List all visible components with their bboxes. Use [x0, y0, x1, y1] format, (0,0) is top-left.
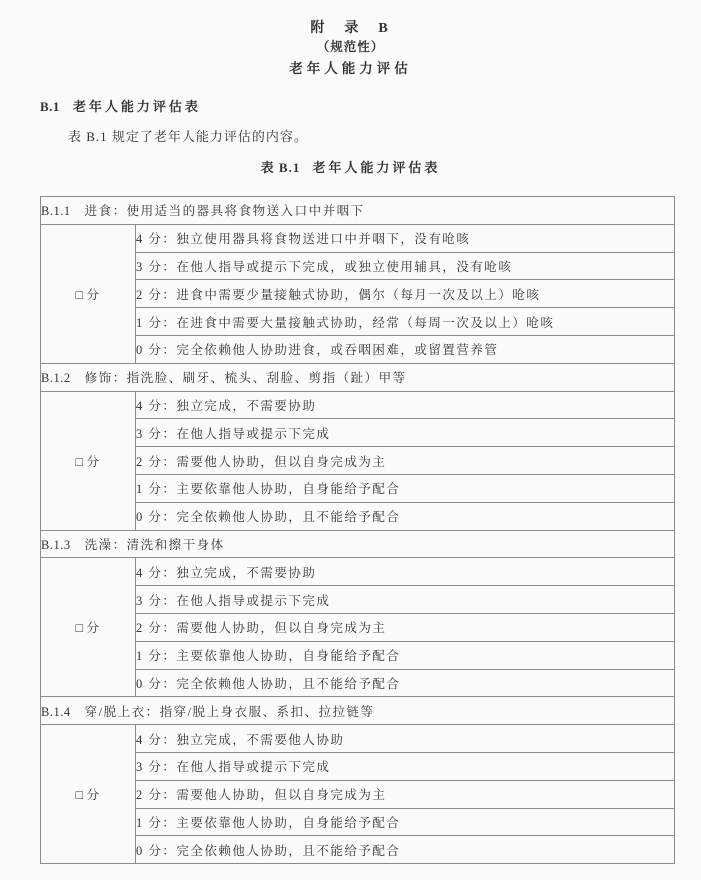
section-id: B.1.1	[41, 204, 71, 218]
option-text: 4 分：独立完成，不需要他人协助	[136, 733, 344, 747]
score-unit-label: 分	[87, 621, 101, 635]
section-heading-text: 老年人能力评估表	[73, 99, 201, 114]
option-text: 3 分：在他人指导或提示下完成	[136, 760, 330, 774]
section-header-row: B.1.2修饰：指洗脸、刷牙、梳头、刮脸、剪指（趾）甲等	[41, 363, 675, 391]
option-text: 2 分：进食中需要少量接触式协助，偶尔（每月一次及以上）呛咳	[136, 288, 540, 302]
option-row: 0 分：完全依赖他人协助，且不能给予配合	[41, 669, 675, 697]
option-row: 3 分：在他人指导或提示下完成，或独立使用辅具，没有呛咳	[41, 252, 675, 280]
option-text: 2 分：需要他人协助，但以自身完成为主	[136, 455, 386, 469]
option-text: 4 分：独立完成，不需要协助	[136, 399, 316, 413]
option-text: 4 分：独立完成，不需要协助	[136, 566, 316, 580]
option-row: 0 分：完全依赖他人协助，且不能给予配合	[41, 502, 675, 530]
option-row: 3 分：在他人指导或提示下完成	[41, 586, 675, 614]
option-cell: 0 分：完全依赖他人协助进食，或吞咽困难，或留置营养管	[136, 335, 675, 363]
option-text: 2 分：需要他人协助，但以自身完成为主	[136, 788, 386, 802]
option-cell: 3 分：在他人指导或提示下完成	[136, 419, 675, 447]
capability-assessment-table: B.1.1进食：使用适当的器具将食物送入口中并咽下 □分 4 分：独立使用器具将…	[40, 196, 675, 864]
section-header-row: B.1.3洗澡：清洗和擦干身体	[41, 530, 675, 558]
option-cell: 1 分：主要依靠他人协助，自身能给予配合	[136, 641, 675, 669]
intro-paragraph: 表 B.1 规定了老年人能力评估的内容。	[68, 126, 308, 145]
option-row: 1 分：主要依靠他人协助，自身能给予配合	[41, 808, 675, 836]
option-row: 2 分：需要他人协助，但以自身完成为主	[41, 447, 675, 475]
option-row: 3 分：在他人指导或提示下完成	[41, 752, 675, 780]
option-row: 1 分：主要依靠他人协助，自身能给予配合	[41, 474, 675, 502]
score-checkbox-icon: □	[75, 788, 84, 802]
section-heading: B.1老年人能力评估表	[40, 96, 201, 115]
option-cell: 4 分：独立完成，不需要协助	[136, 391, 675, 419]
section-header-cell: B.1.3洗澡：清洗和擦干身体	[41, 530, 675, 558]
option-cell: 2 分：需要他人协助，但以自身完成为主	[136, 613, 675, 641]
score-cell: □分	[41, 558, 136, 697]
appendix-title: 附 录 B	[0, 17, 701, 37]
section-header-cell: B.1.1进食：使用适当的器具将食物送入口中并咽下	[41, 197, 675, 225]
score-unit-label: 分	[87, 788, 101, 802]
section-id: B.1.4	[41, 705, 71, 719]
option-cell: 0 分：完全依赖他人协助，且不能给予配合	[136, 836, 675, 864]
score-checkbox-icon: □	[75, 288, 84, 302]
option-cell: 3 分：在他人指导或提示下完成，或独立使用辅具，没有呛咳	[136, 252, 675, 280]
option-row: 2 分：需要他人协助，但以自身完成为主	[41, 780, 675, 808]
option-text: 0 分：完全依赖他人协助，且不能给予配合	[136, 844, 400, 858]
section-title: 修饰：指洗脸、刷牙、梳头、刮脸、剪指（趾）甲等	[85, 371, 407, 385]
option-cell: 0 分：完全依赖他人协助，且不能给予配合	[136, 669, 675, 697]
option-text: 3 分：在他人指导或提示下完成，或独立使用辅具，没有呛咳	[136, 260, 512, 274]
option-cell: 4 分：独立使用器具将食物送进口中并咽下，没有呛咳	[136, 224, 675, 252]
section-title: 洗澡：清洗和擦干身体	[85, 538, 225, 552]
option-cell: 4 分：独立完成，不需要协助	[136, 558, 675, 586]
score-cell: □分	[41, 224, 136, 363]
option-cell: 2 分：需要他人协助，但以自身完成为主	[136, 447, 675, 475]
option-row: 0 分：完全依赖他人协助进食，或吞咽困难，或留置营养管	[41, 335, 675, 363]
score-unit-label: 分	[87, 288, 101, 302]
option-text: 1 分：主要依靠他人协助，自身能给予配合	[136, 816, 400, 830]
option-text: 1 分：主要依靠他人协助，自身能给予配合	[136, 649, 400, 663]
score-unit-label: 分	[87, 455, 101, 469]
option-row: □分 4 分：独立完成，不需要协助	[41, 391, 675, 419]
score-cell: □分	[41, 391, 136, 530]
option-row: 0 分：完全依赖他人协助，且不能给予配合	[41, 836, 675, 864]
option-cell: 0 分：完全依赖他人协助，且不能给予配合	[136, 502, 675, 530]
score-checkbox-icon: □	[75, 455, 84, 469]
section-id: B.1.2	[41, 371, 71, 385]
appendix-subject-title: 老年人能力评估	[0, 57, 701, 77]
assessment-table-body: B.1.1进食：使用适当的器具将食物送入口中并咽下 □分 4 分：独立使用器具将…	[41, 197, 675, 864]
section-heading-number: B.1	[40, 99, 60, 114]
option-row: 1 分：在进食中需要大量接触式协助，经常（每周一次及以上）呛咳	[41, 308, 675, 336]
option-row: □分 4 分：独立完成，不需要协助	[41, 558, 675, 586]
option-text: 4 分：独立使用器具将食物送进口中并咽下，没有呛咳	[136, 232, 470, 246]
option-cell: 1 分：主要依靠他人协助，自身能给予配合	[136, 474, 675, 502]
option-cell: 4 分：独立完成，不需要他人协助	[136, 725, 675, 753]
option-text: 0 分：完全依赖他人协助，且不能给予配合	[136, 677, 400, 691]
option-text: 3 分：在他人指导或提示下完成	[136, 427, 330, 441]
section-title: 进食：使用适当的器具将食物送入口中并咽下	[85, 204, 365, 218]
option-text: 1 分：在进食中需要大量接触式协助，经常（每周一次及以上）呛咳	[136, 316, 554, 330]
table-caption: 表 B.1老年人能力评估表	[0, 157, 701, 176]
option-cell: 2 分：需要他人协助，但以自身完成为主	[136, 780, 675, 808]
section-title: 穿/脱上衣：指穿/脱上身衣服、系扣、拉拉链等	[85, 705, 375, 719]
section-header-row: B.1.1进食：使用适当的器具将食物送入口中并咽下	[41, 197, 675, 225]
option-cell: 3 分：在他人指导或提示下完成	[136, 752, 675, 780]
option-cell: 1 分：在进食中需要大量接触式协助，经常（每周一次及以上）呛咳	[136, 308, 675, 336]
section-header-cell: B.1.4穿/脱上衣：指穿/脱上身衣服、系扣、拉拉链等	[41, 697, 675, 725]
table-caption-title: 老年人能力评估表	[312, 160, 440, 175]
option-text: 2 分：需要他人协助，但以自身完成为主	[136, 621, 386, 635]
option-text: 1 分：主要依靠他人协助，自身能给予配合	[136, 482, 400, 496]
option-text: 0 分：完全依赖他人协助进食，或吞咽困难，或留置营养管	[136, 343, 498, 357]
option-cell: 1 分：主要依靠他人协助，自身能给予配合	[136, 808, 675, 836]
option-row: □分 4 分：独立使用器具将食物送进口中并咽下，没有呛咳	[41, 224, 675, 252]
score-checkbox-icon: □	[75, 621, 84, 635]
table-caption-number: 表 B.1	[261, 160, 301, 175]
option-row: □分 4 分：独立完成，不需要他人协助	[41, 725, 675, 753]
option-row: 2 分：进食中需要少量接触式协助，偶尔（每月一次及以上）呛咳	[41, 280, 675, 308]
option-row: 3 分：在他人指导或提示下完成	[41, 419, 675, 447]
option-row: 2 分：需要他人协助，但以自身完成为主	[41, 613, 675, 641]
appendix-normative-label: （规范性）	[0, 37, 701, 55]
option-text: 0 分：完全依赖他人协助，且不能给予配合	[136, 510, 400, 524]
section-id: B.1.3	[41, 538, 71, 552]
section-header-row: B.1.4穿/脱上衣：指穿/脱上身衣服、系扣、拉拉链等	[41, 697, 675, 725]
document-page: 附 录 B （规范性） 老年人能力评估 B.1老年人能力评估表 表 B.1 规定…	[0, 0, 701, 880]
option-text: 3 分：在他人指导或提示下完成	[136, 594, 330, 608]
section-header-cell: B.1.2修饰：指洗脸、刷牙、梳头、刮脸、剪指（趾）甲等	[41, 363, 675, 391]
option-cell: 2 分：进食中需要少量接触式协助，偶尔（每月一次及以上）呛咳	[136, 280, 675, 308]
score-cell: □分	[41, 725, 136, 864]
option-row: 1 分：主要依靠他人协助，自身能给予配合	[41, 641, 675, 669]
option-cell: 3 分：在他人指导或提示下完成	[136, 586, 675, 614]
